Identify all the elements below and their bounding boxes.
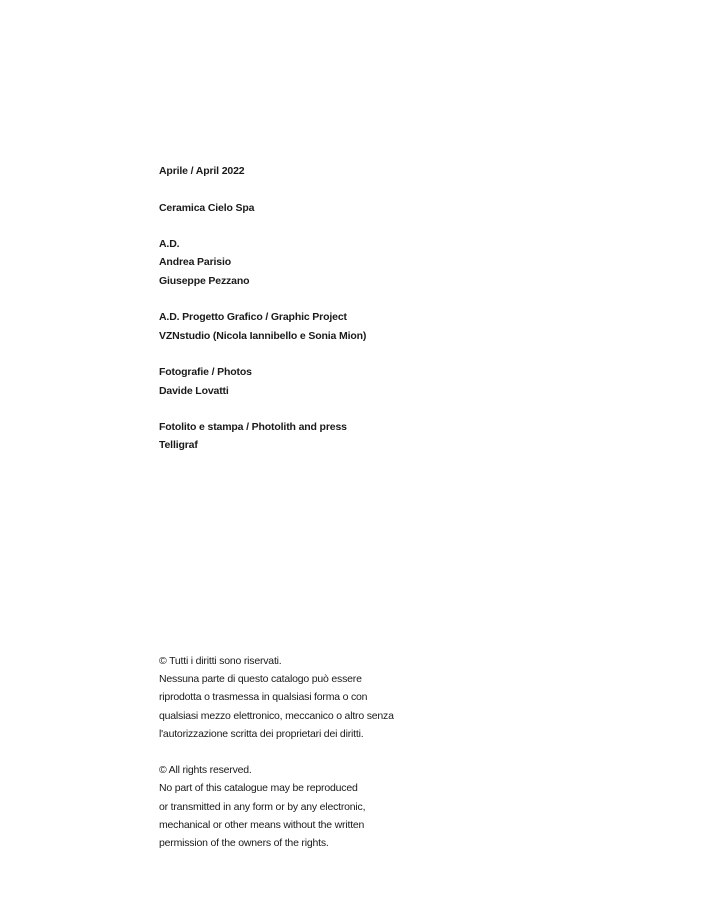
print-value: Telligraf <box>159 436 366 454</box>
graphic-project-group: A.D. Progetto Grafico / Graphic Project … <box>159 308 366 345</box>
copyright-line: permission of the owners of the rights. <box>159 834 394 852</box>
copyright-line: © All rights reserved. <box>159 761 394 779</box>
art-director-name: Giuseppe Pezzano <box>159 272 366 290</box>
copyright-line: © Tutti i diritti sono riservati. <box>159 652 394 670</box>
photos-label: Fotografie / Photos <box>159 363 366 381</box>
publication-date: Aprile / April 2022 <box>159 162 366 180</box>
graphic-project-label: A.D. Progetto Grafico / Graphic Project <box>159 308 366 326</box>
company-name: Ceramica Cielo Spa <box>159 199 366 217</box>
print-label: Fotolito e stampa / Photolith and press <box>159 418 366 436</box>
copyright-line: riprodotta o trasmessa in qualsiasi form… <box>159 688 394 706</box>
graphic-project-value: VZNstudio (Nicola Iannibello e Sonia Mio… <box>159 327 366 345</box>
copyright-line: qualsiasi mezzo elettronico, meccanico o… <box>159 707 394 725</box>
print-group: Fotolito e stampa / Photolith and press … <box>159 418 366 455</box>
photos-group: Fotografie / Photos Davide Lovatti <box>159 363 366 400</box>
copyright-line: l'autorizzazione scritta dei proprietari… <box>159 725 394 743</box>
copyright-line: mechanical or other means without the wr… <box>159 816 394 834</box>
copyright-line: Nessuna parte di questo catalogo può ess… <box>159 670 394 688</box>
copyright-notice: © Tutti i diritti sono riservati. Nessun… <box>159 652 394 870</box>
art-direction-group: A.D. Andrea Parisio Giuseppe Pezzano <box>159 235 366 290</box>
copyright-line: No part of this catalogue may be reprodu… <box>159 779 394 797</box>
art-director-name: Andrea Parisio <box>159 253 366 271</box>
photos-value: Davide Lovatti <box>159 382 366 400</box>
publication-date-group: Aprile / April 2022 <box>159 162 366 180</box>
art-direction-label: A.D. <box>159 235 366 253</box>
copyright-italian: © Tutti i diritti sono riservati. Nessun… <box>159 652 394 743</box>
copyright-line: or transmitted in any form or by any ele… <box>159 798 394 816</box>
copyright-english: © All rights reserved. No part of this c… <box>159 761 394 852</box>
colophon-credits: Aprile / April 2022 Ceramica Cielo Spa A… <box>159 162 366 473</box>
company-group: Ceramica Cielo Spa <box>159 199 366 217</box>
